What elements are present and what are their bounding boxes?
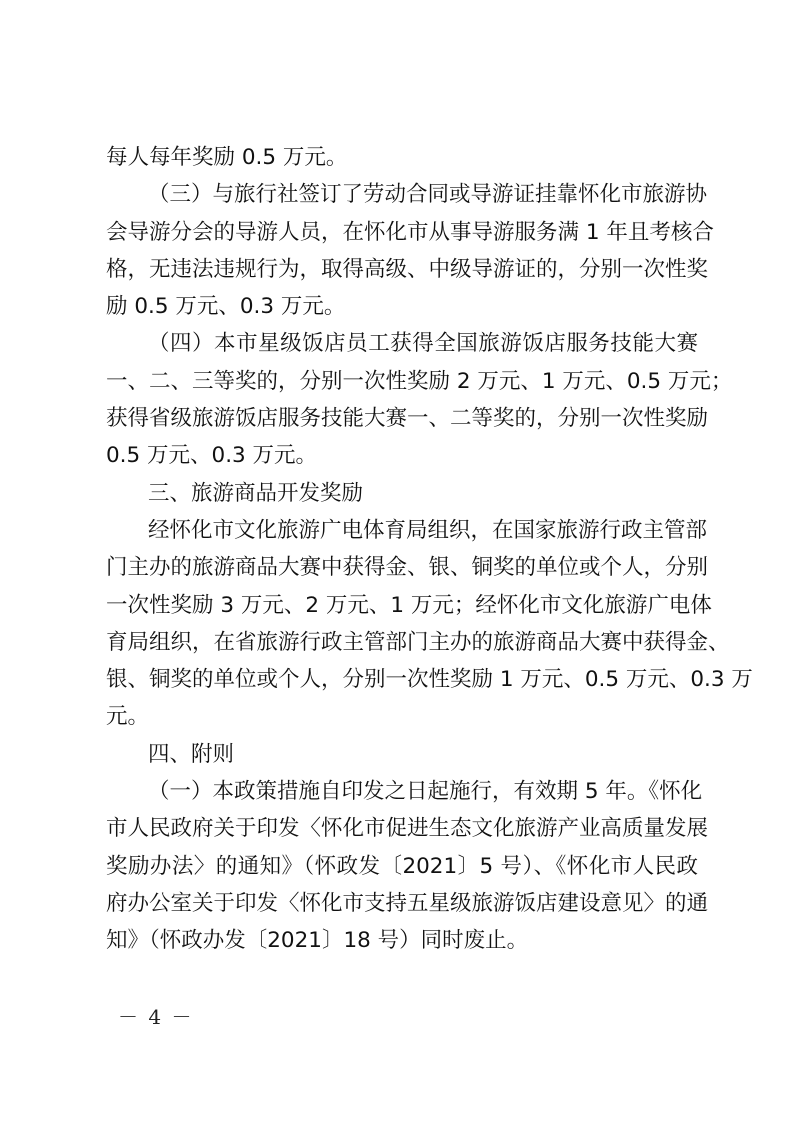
text-line: 府办公室关于印发〈怀化市支持五星级旅游饭店建设意见〉的通 [106, 885, 698, 922]
paragraph-item-3: （三）与旅行社签订了劳动合同或导游证挂靠怀化市旅游协 会导游分会的导游人员，在怀… [106, 176, 698, 325]
page-number: － 4 － [118, 1001, 193, 1030]
text-line: 奖励办法〉的通知》（怀政发〔2021〕5 号）、《怀化市人民政 [106, 848, 698, 885]
paragraph-section-3: 经怀化市文化旅游广电体育局组织，在国家旅游行政主管部 门主办的旅游商品大赛中获得… [106, 512, 698, 736]
text-line: 育局组织，在省旅游行政主管部门主办的旅游商品大赛中获得金、 [106, 624, 698, 661]
section-heading-3: 三、旅游商品开发奖励 [106, 475, 698, 512]
text-line: 0.5 万元、0.3 万元。 [106, 437, 698, 474]
text-line: 门主办的旅游商品大赛中获得金、银、铜奖的单位或个人，分别 [106, 549, 698, 586]
text-line: 格，无违法违规行为，取得高级、中级导游证的，分别一次性奖 [106, 251, 698, 288]
text-line: 经怀化市文化旅游广电体育局组织，在国家旅游行政主管部 [106, 512, 698, 549]
document-page: 每人每年奖励 0.5 万元。 （三）与旅行社签订了劳动合同或导游证挂靠怀化市旅游… [0, 0, 793, 1122]
heading-text: 四、附则 [106, 736, 698, 773]
text-line: 知》（怀政办发〔2021〕18 号）同时废止。 [106, 922, 698, 959]
text-line: （三）与旅行社签订了劳动合同或导游证挂靠怀化市旅游协 [106, 176, 698, 213]
paragraph-supplementary-1: （一）本政策措施自印发之日起施行，有效期 5 年。《怀化 市人民政府关于印发〈怀… [106, 773, 698, 959]
text-line: 获得省级旅游饭店服务技能大赛一、二等奖的，分别一次性奖励 [106, 400, 698, 437]
section-heading-4: 四、附则 [106, 736, 698, 773]
text-line: 一次性奖励 3 万元、2 万元、1 万元；经怀化市文化旅游广电体 [106, 587, 698, 624]
text-line: 一、二、三等奖的，分别一次性奖励 2 万元、1 万元、0.5 万元； [106, 363, 698, 400]
text-line: 励 0.5 万元、0.3 万元。 [106, 288, 698, 325]
text-line: 市人民政府关于印发〈怀化市促进生态文化旅游产业高质量发展 [106, 810, 698, 847]
paragraph-item-4: （四）本市星级饭店员工获得全国旅游饭店服务技能大赛 一、二、三等奖的，分别一次性… [106, 325, 698, 474]
text-line: 元。 [106, 698, 698, 735]
document-body: 每人每年奖励 0.5 万元。 （三）与旅行社签订了劳动合同或导游证挂靠怀化市旅游… [106, 139, 698, 960]
text-line: 会导游分会的导游人员，在怀化市从事导游服务满 1 年且考核合 [106, 214, 698, 251]
text-line: 每人每年奖励 0.5 万元。 [106, 139, 698, 176]
paragraph-continuation: 每人每年奖励 0.5 万元。 [106, 139, 698, 176]
text-line: （一）本政策措施自印发之日起施行，有效期 5 年。《怀化 [106, 773, 698, 810]
text-line: （四）本市星级饭店员工获得全国旅游饭店服务技能大赛 [106, 325, 698, 362]
text-line: 银、铜奖的单位或个人，分别一次性奖励 1 万元、0.5 万元、0.3 万 [106, 661, 698, 698]
heading-text: 三、旅游商品开发奖励 [106, 475, 698, 512]
